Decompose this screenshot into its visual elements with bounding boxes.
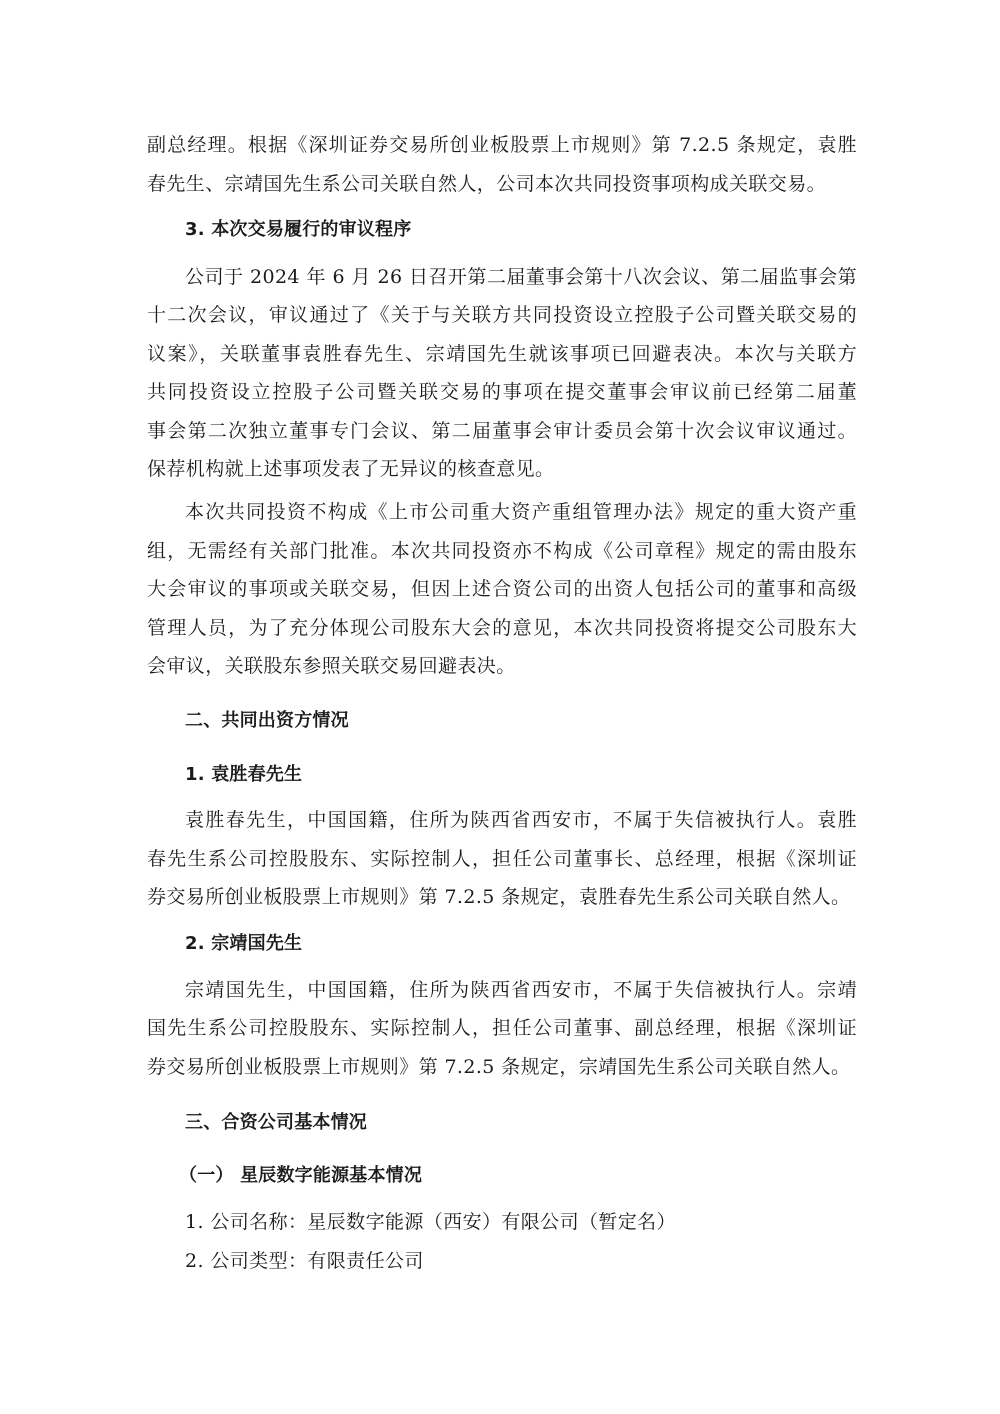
subsection-heading: （一） 星辰数字能源基本情况 <box>147 1164 889 1188</box>
paragraph-line: 议案》，关联董事袁胜春先生、宗靖国先生就该事项已回避表决。本次与关联方 <box>147 342 857 366</box>
paragraph-line: 宗靖国先生，中国国籍，住所为陕西省西安市，不属于失信被执行人。宗靖 <box>147 978 857 1002</box>
section-heading: 2. 宗靖国先生 <box>147 932 857 956</box>
paragraph-line: 券交易所创业板股票上市规则》第 7.2.5 条规定，袁胜春先生系公司关联自然人。 <box>147 885 857 909</box>
chapter-heading: 三、合资公司基本情况 <box>147 1111 857 1135</box>
paragraph-line: 管理人员，为了充分体现公司股东大会的意见，本次共同投资将提交公司股东大 <box>147 616 857 640</box>
paragraph-line: 副总经理。根据《深圳证券交易所创业板股票上市规则》第 7.2.5 条规定，袁胜 <box>147 133 857 157</box>
list-item: 1. 公司名称：星辰数字能源（西安）有限公司（暂定名） <box>147 1210 857 1234</box>
paragraph-line: 组，无需经有关部门批准。本次共同投资亦不构成《公司章程》规定的需由股东 <box>147 539 857 563</box>
paragraph-line: 十二次会议，审议通过了《关于与关联方共同投资设立控股子公司暨关联交易的 <box>147 303 857 327</box>
paragraph-line: 事会第二次独立董事专门会议、第二届董事会审计委员会第十次会议审议通过。 <box>147 419 857 443</box>
paragraph-line: 会审议，关联股东参照关联交易回避表决。 <box>147 654 857 678</box>
paragraph-line: 券交易所创业板股票上市规则》第 7.2.5 条规定，宗靖国先生系公司关联自然人。 <box>147 1055 857 1079</box>
paragraph-line: 本次共同投资不构成《上市公司重大资产重组管理办法》规定的重大资产重 <box>147 500 857 524</box>
chapter-heading: 二、共同出资方情况 <box>147 709 857 733</box>
paragraph-line: 袁胜春先生，中国国籍，住所为陕西省西安市，不属于失信被执行人。袁胜 <box>147 808 857 832</box>
paragraph-line: 大会审议的事项或关联交易，但因上述合资公司的出资人包括公司的董事和高级 <box>147 577 857 601</box>
section-heading: 3. 本次交易履行的审议程序 <box>147 218 857 242</box>
paragraph-line: 共同投资设立控股子公司暨关联交易的事项在提交董事会审议前已经第二届董 <box>147 380 857 404</box>
section-heading: 1. 袁胜春先生 <box>147 763 857 787</box>
paragraph-line: 春先生、宗靖国先生系公司关联自然人，公司本次共同投资事项构成关联交易。 <box>147 172 857 196</box>
paragraph-line: 国先生系公司控股股东、实际控制人，担任公司董事、副总经理，根据《深圳证 <box>147 1016 857 1040</box>
list-item: 2. 公司类型：有限责任公司 <box>147 1249 857 1273</box>
paragraph-line: 春先生系公司控股股东、实际控制人，担任公司董事长、总经理，根据《深圳证 <box>147 847 857 871</box>
paragraph-line: 公司于 2024 年 6 月 26 日召开第二届董事会第十八次会议、第二届监事会… <box>147 265 857 289</box>
paragraph-line: 保荐机构就上述事项发表了无异议的核查意见。 <box>147 457 857 481</box>
